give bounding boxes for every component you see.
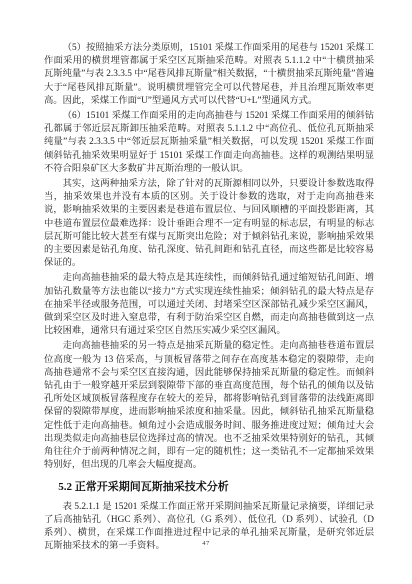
section-heading: 5.2 正常开采期间瓦斯抽采技术分析 (44, 480, 374, 495)
page-content: （5）按照抽采方法分类原则，15101 采煤工作面采用的尾巷与 15201 采煤… (44, 42, 374, 555)
paragraph-discussion-design-params: 其实，这两种抽采方法，除了针对的瓦斯源相同以外，只要设计参数选取得当，抽采效果也… (44, 178, 374, 270)
paragraph-continuity-feature: 走向高抽巷抽采的最大特点是其连续性，而倾斜钻孔通过缩短钻孔间距、增加钻孔数量等方… (44, 272, 374, 338)
document-page: （5）按照抽采方法分类原则，15101 采煤工作面采用的尾巷与 15201 采煤… (0, 0, 412, 584)
paragraph-stability-feature: 走向高抽巷抽采的另一特点是抽采瓦斯量的稳定性。走向高抽巷巷道布置层位高度一般为 … (44, 340, 374, 472)
paragraph-item-5: （5）按照抽采方法分类原则，15101 采煤工作面采用的尾巷与 15201 采煤… (44, 42, 374, 108)
paragraph-item-6: （6）15101 采煤工作面采用的走向高抽巷与 15201 采煤工作面采用的倾斜… (44, 110, 374, 176)
page-number: 47 (0, 540, 412, 547)
